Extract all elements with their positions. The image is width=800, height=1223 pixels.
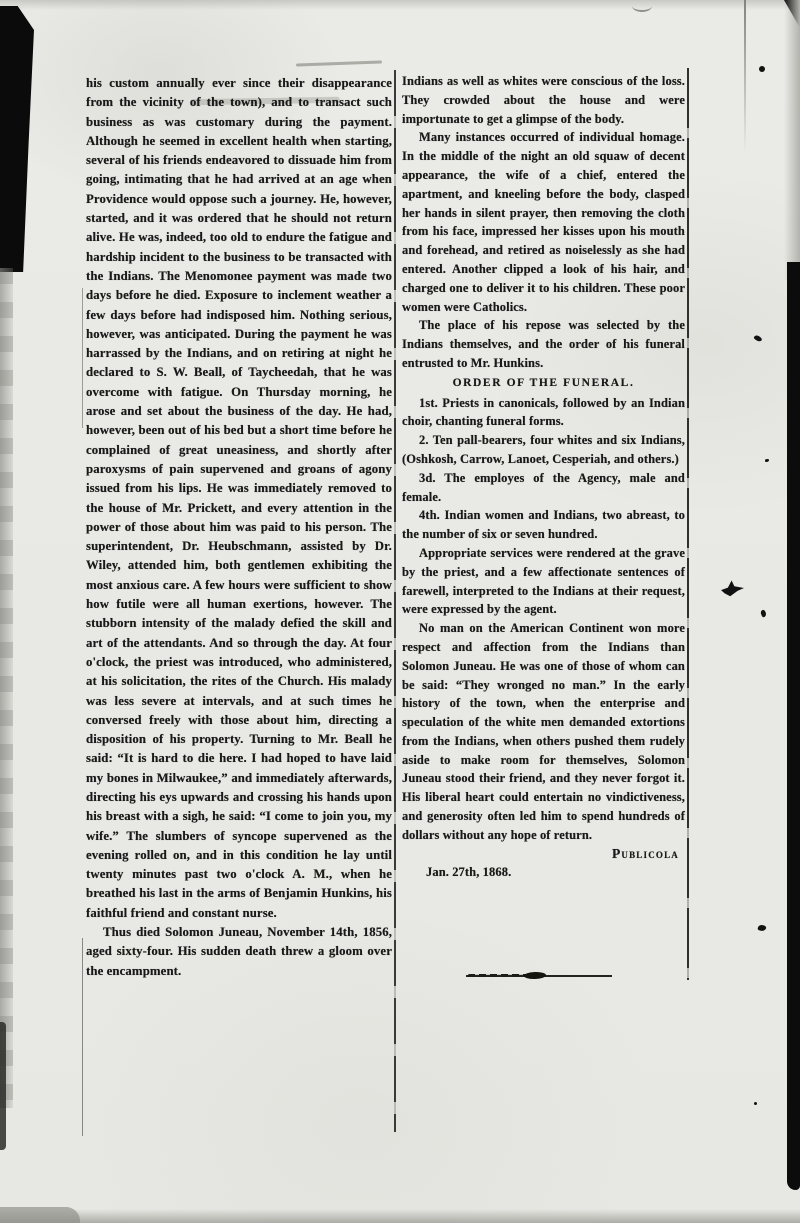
dateline: Jan. 27th, 1868. — [402, 863, 685, 882]
scan-top-shading — [0, 0, 800, 10]
ink-speck — [753, 334, 762, 343]
smudge-mark — [296, 61, 382, 67]
ink-speck — [760, 609, 768, 618]
end-rule — [466, 971, 612, 981]
article-paragraph: Appropriate services were rendered at th… — [402, 544, 685, 619]
article-paragraph: No man on the American Continent won mor… — [402, 619, 685, 845]
article-paragraph: Many instances occurred of individual ho… — [402, 128, 685, 316]
scan-edge-bottom — [0, 1209, 800, 1223]
ink-speck — [765, 459, 769, 462]
article-paragraph: The place of his repose was selected by … — [402, 316, 685, 372]
article-paragraph: Indians as well as whites were conscious… — [402, 72, 685, 128]
fold-crease-line — [744, 0, 746, 152]
end-rule-dashes — [468, 974, 530, 977]
newspaper-page: his custom annually ever since their dis… — [0, 0, 800, 1223]
scan-edge-left — [0, 268, 13, 1108]
scan-edge-left-streak — [0, 1022, 6, 1150]
funeral-order-item: 3d. The employes of the Agency, male and… — [402, 469, 685, 507]
scan-edge-right-shading — [784, 0, 800, 280]
article-paragraph: his custom annually ever since their dis… — [86, 74, 392, 923]
column-left-rule-fragment — [82, 938, 83, 1136]
section-heading: ORDER OF THE FUNERAL. — [402, 374, 685, 393]
funeral-order-item: 2. Ten pall-bearers, four whites and six… — [402, 431, 685, 469]
scan-corner-bottom-left — [0, 1207, 80, 1223]
column-right-rule — [687, 68, 689, 980]
ink-blot — [721, 579, 744, 597]
left-column: his custom annually ever since their dis… — [86, 74, 392, 981]
column-divider-rule — [394, 70, 396, 1132]
signature: Publicola — [402, 845, 685, 864]
funeral-order-item: 1st. Priests in canonicals, followed by … — [402, 394, 685, 432]
end-rule-ornament — [524, 972, 546, 980]
funeral-order-item: 4th. Indian women and Indians, two abrea… — [402, 506, 685, 544]
column-left-rule-fragment — [82, 288, 83, 428]
crease-mark — [632, 0, 652, 12]
ink-speck — [754, 1102, 757, 1105]
ink-speck — [759, 66, 765, 72]
article-paragraph: Thus died Solomon Juneau, November 14th,… — [86, 923, 392, 981]
scan-edge-right — [787, 262, 800, 1190]
scan-edge-top-left — [0, 6, 34, 272]
ink-speck — [757, 924, 766, 932]
right-column: Indians as well as whites were conscious… — [402, 72, 685, 882]
